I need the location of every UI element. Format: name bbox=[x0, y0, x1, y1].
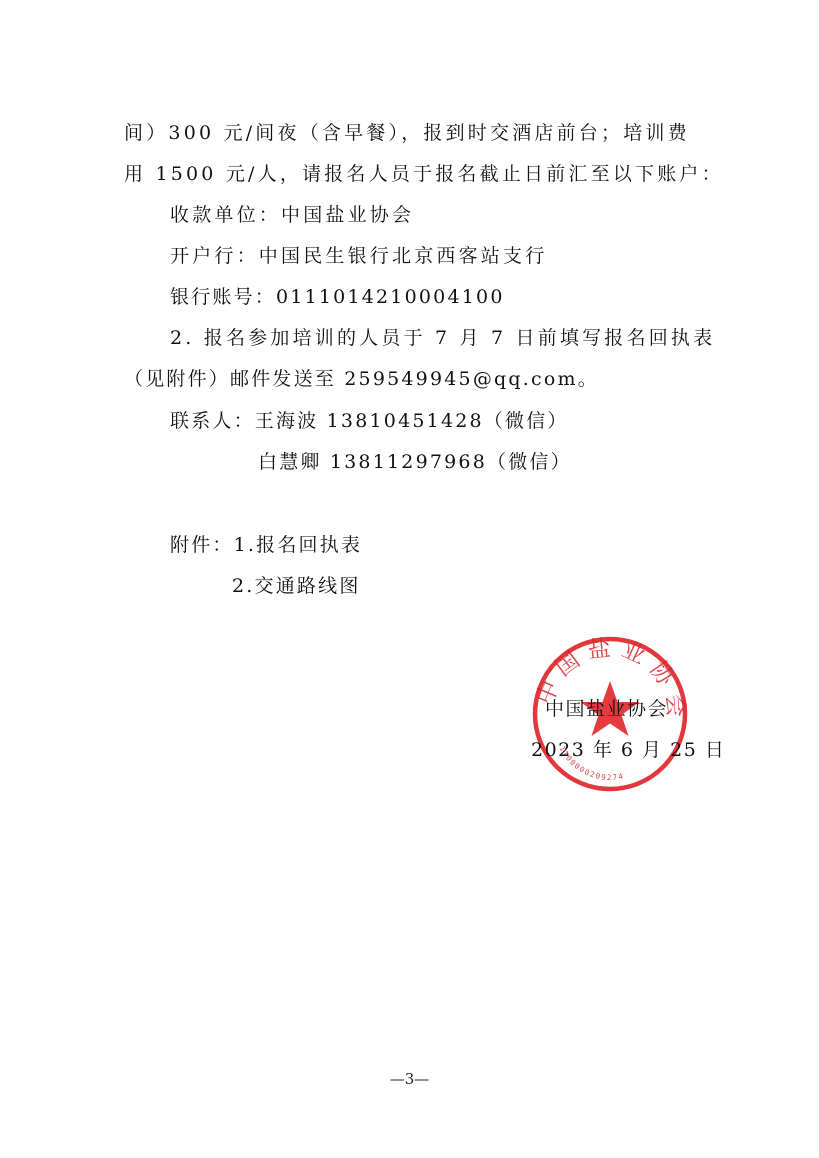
contact-line-2: 白慧卿 13811297968（微信） bbox=[258, 450, 572, 474]
page-number: —3— bbox=[0, 1070, 819, 1088]
paragraph-line: 间）300 元/间夜（含早餐），报到时交酒店前台；培训费 bbox=[124, 121, 690, 145]
signature-organization: 中国盐业协会 bbox=[545, 697, 668, 721]
attachment-line-1: 附件：1.报名回执表 bbox=[170, 533, 362, 557]
bank-line: 开户行：中国民生银行北京西客站支行 bbox=[170, 244, 547, 268]
account-number-line: 银行账号：0111014210004100 bbox=[170, 285, 505, 309]
payee-line: 收款单位：中国盐业协会 bbox=[170, 203, 414, 227]
contact-line-1: 联系人：王海波 13810451428（微信） bbox=[170, 409, 569, 433]
attachment-line-2: 2.交通路线图 bbox=[232, 574, 361, 598]
item-2-line: 2. 报名参加培训的人员于 7 月 7 日前填写报名回执表 bbox=[170, 326, 715, 350]
paragraph-line: 用 1500 元/人，请报名人员于报名截止日前汇至以下账户： bbox=[124, 162, 724, 186]
signature-date: 2023 年 6 月 25 日 bbox=[531, 738, 725, 762]
item-2-email-line: （见附件）邮件发送至 259549945@qq.com。 bbox=[124, 367, 599, 391]
